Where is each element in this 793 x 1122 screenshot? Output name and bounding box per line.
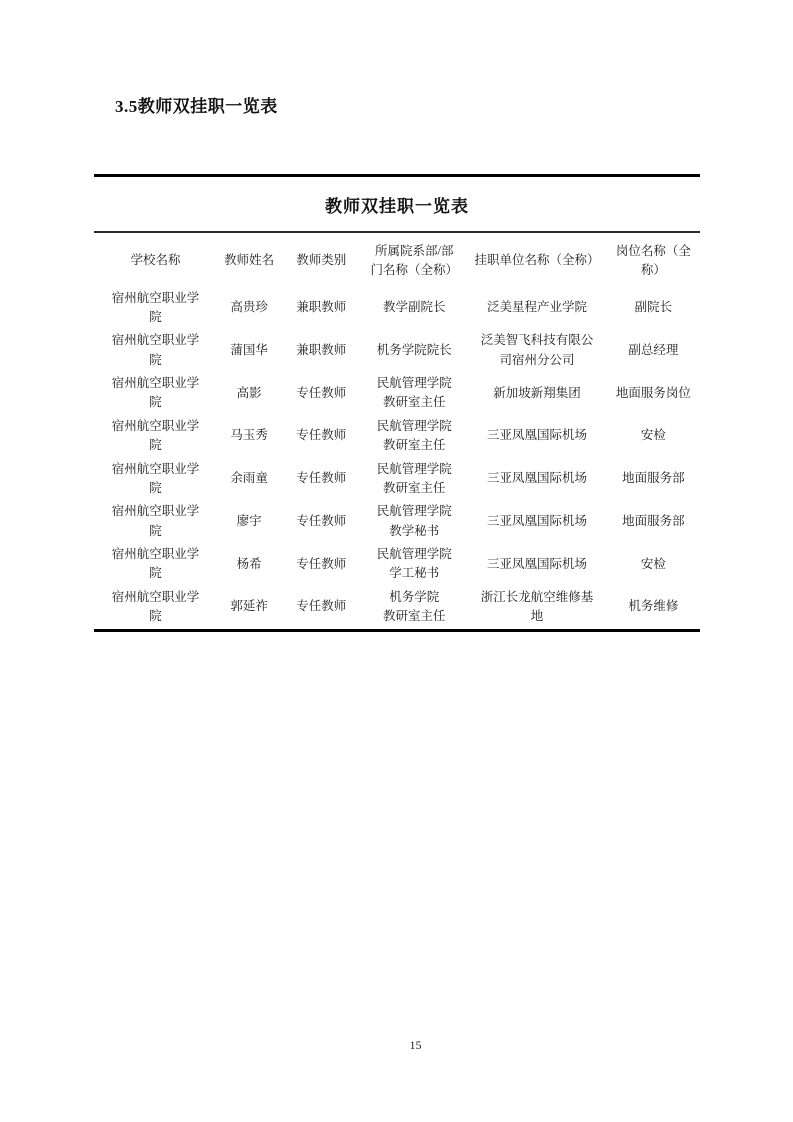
cell-teacher-type: 专任教师: [281, 372, 361, 415]
cell-teacher-type: 专任教师: [281, 415, 361, 458]
column-header-teacher-name: 教师姓名: [217, 233, 281, 287]
cell-post-name: 副总经理: [607, 329, 700, 372]
cell-teacher-name: 马玉秀: [217, 415, 281, 458]
cell-host-unit: 三亚凤凰国际机场: [467, 415, 606, 458]
cell-department: 机务学院院长: [361, 329, 467, 372]
cell-department: 民航管理学院 教学秘书: [361, 500, 467, 543]
cell-teacher-name: 蒲国华: [217, 329, 281, 372]
table-row: 宿州航空职业学 院 高贵珍 兼职教师 教学副院长 泛美星程产业学院 副院长: [94, 287, 700, 330]
cell-host-unit: 三亚凤凰国际机场: [467, 543, 606, 586]
cell-teacher-name: 高影: [217, 372, 281, 415]
cell-teacher-name: 廖宇: [217, 500, 281, 543]
cell-teacher-type: 专任教师: [281, 458, 361, 501]
cell-teacher-type: 兼职教师: [281, 287, 361, 330]
column-header-host-unit: 挂职单位名称（全称）: [467, 233, 606, 287]
document-page: 3.5教师双挂职一览表 教师双挂职一览表 学校名称 教师姓名 教师类别 所属院系…: [0, 0, 793, 1122]
table-row: 宿州航空职业学 院 余雨童 专任教师 民航管理学院 教研室主任 三亚凤凰国际机场…: [94, 458, 700, 501]
cell-host-unit: 新加坡新翔集团: [467, 372, 606, 415]
table-row: 宿州航空职业学 院 马玉秀 专任教师 民航管理学院 教研室主任 三亚凤凰国际机场…: [94, 415, 700, 458]
cell-school: 宿州航空职业学 院: [94, 329, 217, 372]
cell-teacher-name: 杨希: [217, 543, 281, 586]
table-row: 宿州航空职业学 院 廖宇 专任教师 民航管理学院 教学秘书 三亚凤凰国际机场 地…: [94, 500, 700, 543]
cell-department: 机务学院 教研室主任: [361, 586, 467, 630]
cell-school: 宿州航空职业学 院: [94, 543, 217, 586]
cell-teacher-name: 郭延祚: [217, 586, 281, 630]
cell-school: 宿州航空职业学 院: [94, 458, 217, 501]
column-header-school: 学校名称: [94, 233, 217, 287]
cell-post-name: 地面服务部: [607, 500, 700, 543]
cell-teacher-type: 兼职教师: [281, 329, 361, 372]
cell-host-unit: 泛美星程产业学院: [467, 287, 606, 330]
table-row: 宿州航空职业学 院 高影 专任教师 民航管理学院 教研室主任 新加坡新翔集团 地…: [94, 372, 700, 415]
cell-teacher-type: 专任教师: [281, 543, 361, 586]
cell-teacher-name: 高贵珍: [217, 287, 281, 330]
cell-school: 宿州航空职业学 院: [94, 415, 217, 458]
cell-host-unit: 浙江长龙航空维修基 地: [467, 586, 606, 630]
cell-school: 宿州航空职业学 院: [94, 500, 217, 543]
table-row: 宿州航空职业学 院 杨希 专任教师 民航管理学院 学工秘书 三亚凤凰国际机场 安…: [94, 543, 700, 586]
table-row: 宿州航空职业学 院 蒲国华 兼职教师 机务学院院长 泛美智飞科技有限公 司宿州分…: [94, 329, 700, 372]
cell-post-name: 安检: [607, 543, 700, 586]
cell-department: 民航管理学院 学工秘书: [361, 543, 467, 586]
cell-department: 教学副院长: [361, 287, 467, 330]
cell-teacher-type: 专任教师: [281, 586, 361, 630]
cell-department: 民航管理学院 教研室主任: [361, 458, 467, 501]
cell-host-unit: 三亚凤凰国际机场: [467, 458, 606, 501]
page-number: 15: [0, 1038, 793, 1053]
section-heading: 3.5教师双挂职一览表: [115, 92, 278, 117]
cell-post-name: 地面服务岗位: [607, 372, 700, 415]
cell-post-name: 安检: [607, 415, 700, 458]
table-row: 宿州航空职业学 院 郭延祚 专任教师 机务学院 教研室主任 浙江长龙航空维修基 …: [94, 586, 700, 630]
column-header-department: 所属院系部/部 门名称（全称）: [361, 233, 467, 287]
cell-host-unit: 泛美智飞科技有限公 司宿州分公司: [467, 329, 606, 372]
cell-host-unit: 三亚凤凰国际机场: [467, 500, 606, 543]
roster-table-container: 教师双挂职一览表 学校名称 教师姓名 教师类别 所属院系部/部 门名称（全称） …: [94, 174, 700, 632]
cell-school: 宿州航空职业学 院: [94, 586, 217, 630]
column-header-teacher-type: 教师类别: [281, 233, 361, 287]
cell-school: 宿州航空职业学 院: [94, 372, 217, 415]
cell-department: 民航管理学院 教研室主任: [361, 415, 467, 458]
dual-post-roster-table: 学校名称 教师姓名 教师类别 所属院系部/部 门名称（全称） 挂职单位名称（全称…: [94, 233, 700, 632]
cell-school: 宿州航空职业学 院: [94, 287, 217, 330]
column-header-post-name: 岗位名称（全 称）: [607, 233, 700, 287]
cell-post-name: 机务维修: [607, 586, 700, 630]
cell-teacher-name: 余雨童: [217, 458, 281, 501]
cell-teacher-type: 专任教师: [281, 500, 361, 543]
cell-post-name: 地面服务部: [607, 458, 700, 501]
table-header-row: 学校名称 教师姓名 教师类别 所属院系部/部 门名称（全称） 挂职单位名称（全称…: [94, 233, 700, 287]
table-title: 教师双挂职一览表: [94, 174, 700, 233]
cell-department: 民航管理学院 教研室主任: [361, 372, 467, 415]
cell-post-name: 副院长: [607, 287, 700, 330]
